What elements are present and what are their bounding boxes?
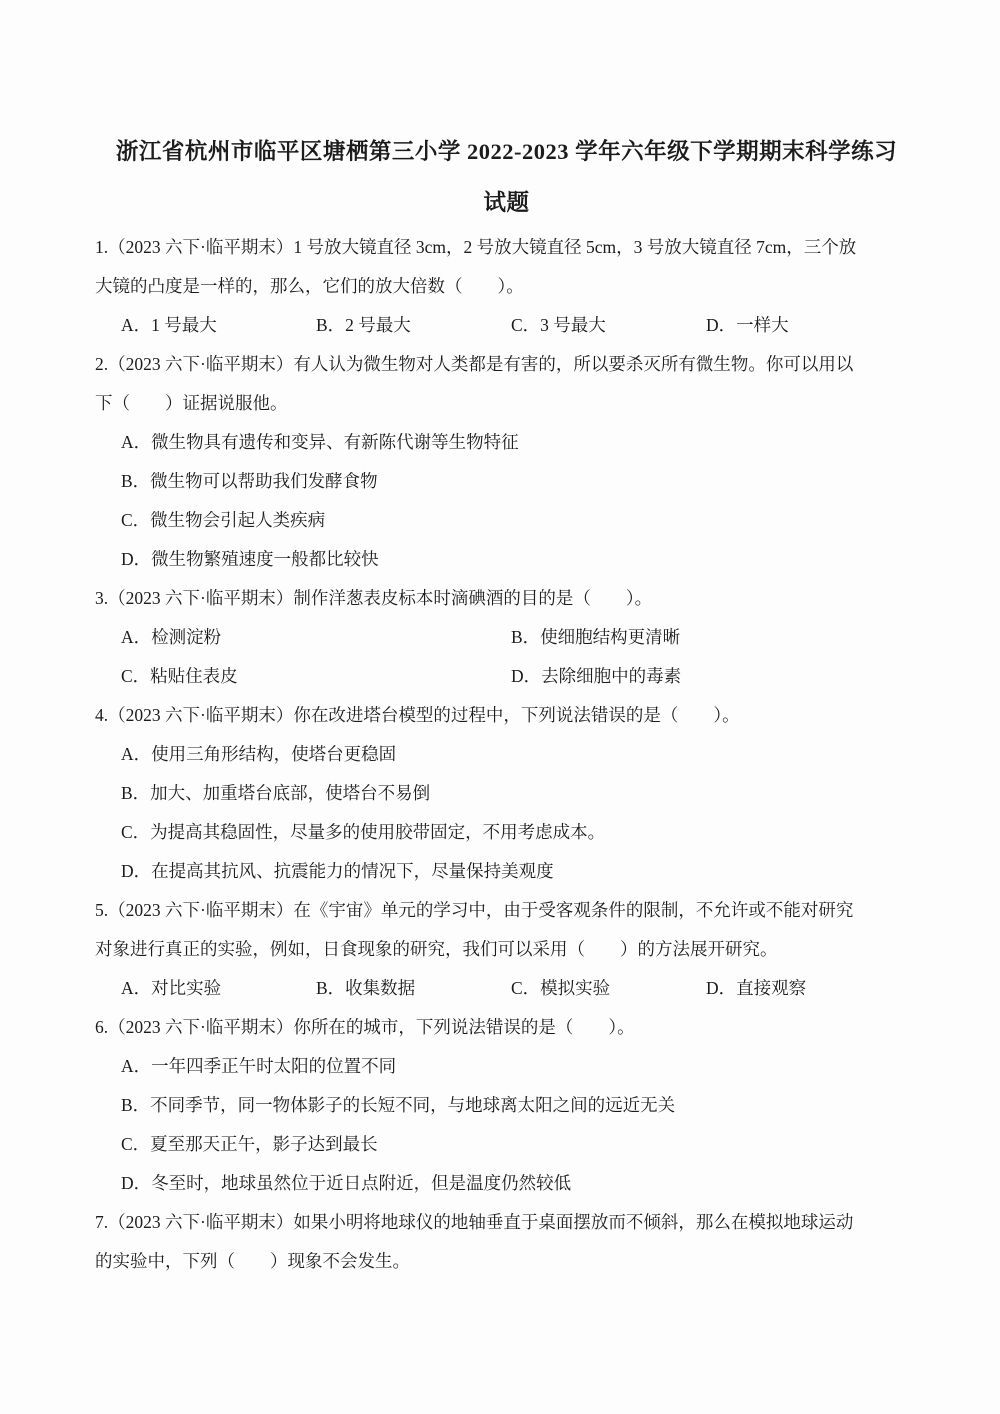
q5-option-c: C．模拟实验 [511,969,706,1008]
question-7: 7.（2023 六下·临平期末）如果小明将地球仪的地轴垂直于桌面摆放而不倾斜，那… [95,1203,918,1281]
q1-stem-line-1: 1.（2023 六下·临平期末）1 号放大镜直径 3cm，2 号放大镜直径 5c… [95,228,918,267]
question-2: 2.（2023 六下·临平期末）有人认为微生物对人类都是有害的，所以要杀灭所有微… [95,345,918,579]
q1-option-c: C．3 号最大 [511,306,706,345]
q5-stem-line-1: 5.（2023 六下·临平期末）在《宇宙》单元的学习中，由于受客观条件的限制，不… [95,891,918,930]
q2-option-d: D．微生物繁殖速度一般都比较快 [95,540,918,579]
question-list: 1.（2023 六下·临平期末）1 号放大镜直径 3cm，2 号放大镜直径 5c… [95,228,918,1281]
q6-option-b: B．不同季节，同一物体影子的长短不同，与地球离太阳之间的远近无关 [95,1086,918,1125]
q3-stem-line-1: 3.（2023 六下·临平期末）制作洋葱表皮标本时滴碘酒的目的是（ ）。 [95,579,918,618]
q1-option-b: B．2 号最大 [316,306,511,345]
q1-options-row: A．1 号最大 B．2 号最大 C．3 号最大 D．一样大 [95,306,918,345]
q2-stem-line-1: 2.（2023 六下·临平期末）有人认为微生物对人类都是有害的，所以要杀灭所有微… [95,345,918,384]
q4-option-a: A．使用三角形结构，使塔台更稳固 [95,735,918,774]
question-3: 3.（2023 六下·临平期末）制作洋葱表皮标本时滴碘酒的目的是（ ）。 A．检… [95,579,918,696]
q3-option-b: B．使细胞结构更清晰 [511,618,918,657]
q4-stem-line-1: 4.（2023 六下·临平期末）你在改进塔台模型的过程中，下列说法错误的是（ ）… [95,696,918,735]
document-title: 浙江省杭州市临平区塘栖第三小学 2022-2023 学年六年级下学期期末科学练习… [95,126,918,228]
q3-options-row-1: A．检测淀粉 B．使细胞结构更清晰 [95,618,918,657]
q2-option-c: C．微生物会引起人类疾病 [95,501,918,540]
q4-option-d: D．在提高其抗风、抗震能力的情况下，尽量保持美观度 [95,852,918,891]
q1-option-d: D．一样大 [706,306,918,345]
question-5: 5.（2023 六下·临平期末）在《宇宙》单元的学习中，由于受客观条件的限制，不… [95,891,918,1008]
q5-option-b: B．收集数据 [316,969,511,1008]
q7-stem-line-1: 7.（2023 六下·临平期末）如果小明将地球仪的地轴垂直于桌面摆放而不倾斜，那… [95,1203,918,1242]
exam-paper-page: 浙江省杭州市临平区塘栖第三小学 2022-2023 学年六年级下学期期末科学练习… [0,0,1000,1414]
q2-stem-line-2: 下（ ）证据说服他。 [95,384,918,423]
q5-option-a: A．对比实验 [121,969,316,1008]
q5-option-d: D．直接观察 [706,969,918,1008]
q3-options-row-2: C．粘贴住表皮 D．去除细胞中的毒素 [95,657,918,696]
q6-option-a: A．一年四季正午时太阳的位置不同 [95,1047,918,1086]
q3-option-d: D．去除细胞中的毒素 [511,657,918,696]
q7-stem-line-2: 的实验中，下列（ ）现象不会发生。 [95,1242,918,1281]
q3-option-a: A．检测淀粉 [121,618,511,657]
q2-option-a: A．微生物具有遗传和变异、有新陈代谢等生物特征 [95,423,918,462]
q4-option-b: B．加大、加重塔台底部，使塔台不易倒 [95,774,918,813]
q5-stem-line-2: 对象进行真正的实验，例如，日食现象的研究，我们可以采用（ ）的方法展开研究。 [95,930,918,969]
q2-option-b: B．微生物可以帮助我们发酵食物 [95,462,918,501]
q1-stem-line-2: 大镜的凸度是一样的，那么，它们的放大倍数（ ）。 [95,267,918,306]
question-1: 1.（2023 六下·临平期末）1 号放大镜直径 3cm，2 号放大镜直径 5c… [95,228,918,345]
q4-option-c: C．为提高其稳固性，尽量多的使用胶带固定，不用考虑成本。 [95,813,918,852]
document-title-line-2: 试题 [95,177,918,228]
q6-option-c: C．夏至那天正午，影子达到最长 [95,1125,918,1164]
question-6: 6.（2023 六下·临平期末）你所在的城市，下列说法错误的是（ ）。 A．一年… [95,1008,918,1203]
document-title-line-1: 浙江省杭州市临平区塘栖第三小学 2022-2023 学年六年级下学期期末科学练习 [95,126,918,177]
q5-options-row: A．对比实验 B．收集数据 C．模拟实验 D．直接观察 [95,969,918,1008]
q6-option-d: D．冬至时，地球虽然位于近日点附近，但是温度仍然较低 [95,1164,918,1203]
q6-stem-line-1: 6.（2023 六下·临平期末）你所在的城市，下列说法错误的是（ ）。 [95,1008,918,1047]
question-4: 4.（2023 六下·临平期末）你在改进塔台模型的过程中，下列说法错误的是（ ）… [95,696,918,891]
q1-option-a: A．1 号最大 [121,306,316,345]
q3-option-c: C．粘贴住表皮 [121,657,511,696]
